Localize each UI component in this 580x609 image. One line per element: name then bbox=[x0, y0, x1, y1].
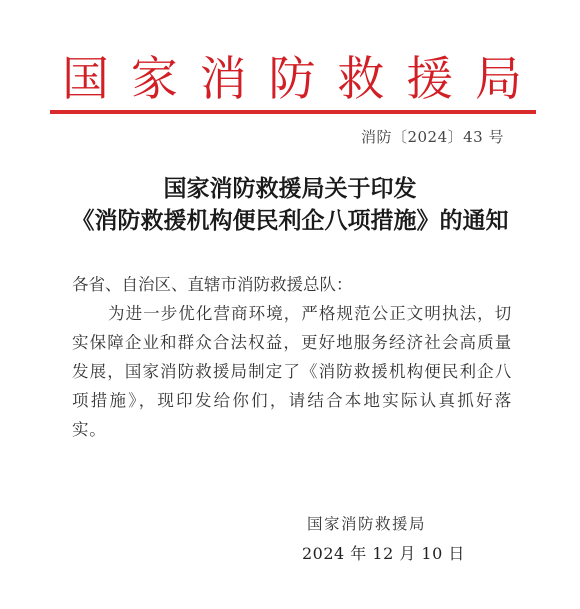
signature-issuer: 国家消防救援局 bbox=[307, 512, 426, 534]
document-title-line-2: 《消防救援机构便民利企八项措施》的通知 bbox=[0, 202, 580, 235]
body-paragraph: 为进一步优化营商环境，严格规范公正文明执法，切实保障企业和群众合法权益，更好地服… bbox=[72, 299, 512, 444]
letterhead-char: 消 bbox=[200, 52, 247, 108]
salutation: 各省、自治区、直辖市消防救援总队： bbox=[72, 270, 512, 299]
letterhead-char: 援 bbox=[406, 52, 453, 108]
document-title-line-1: 国家消防救援局关于印发 bbox=[0, 170, 580, 203]
letterhead-char: 救 bbox=[337, 52, 384, 108]
letterhead-char: 家 bbox=[131, 52, 178, 108]
letterhead-title: 国 家 消 防 救 援 局 bbox=[62, 52, 522, 108]
letterhead-char: 防 bbox=[268, 52, 315, 108]
document-number: 消防〔2024〕43 号 bbox=[361, 127, 504, 147]
signature-date: 2024 年 12 月 10 日 bbox=[302, 541, 465, 564]
letterhead-char: 国 bbox=[62, 52, 109, 108]
letterhead-red-rule bbox=[50, 110, 536, 114]
letterhead-char: 局 bbox=[475, 52, 522, 108]
